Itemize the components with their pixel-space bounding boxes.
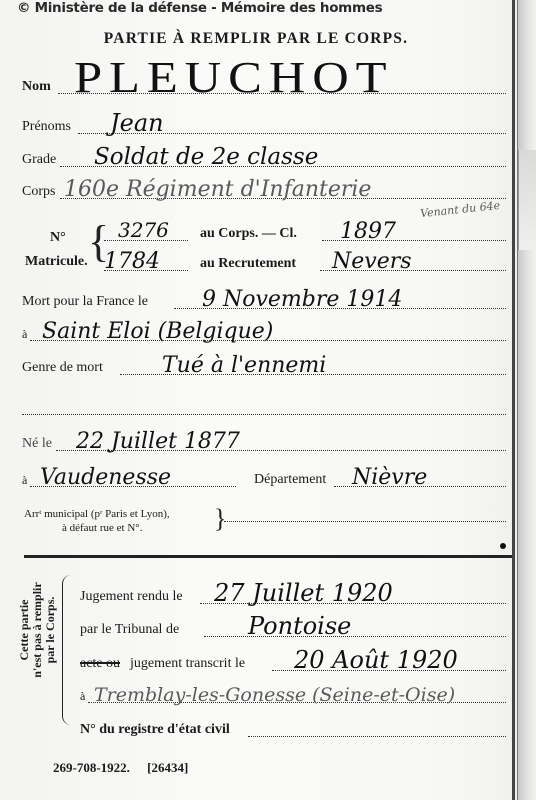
tribunal-value: Pontoise: [248, 612, 351, 640]
blank-dotted-line: [22, 414, 506, 415]
mort-date-label: Mort pour la France le: [22, 294, 148, 310]
blank-line: [22, 396, 506, 418]
mort-date-value: 9 Novembre 1914: [202, 287, 402, 312]
field-registre: N° du registre d'état civil: [80, 718, 506, 740]
tribunal-label: par le Tribunal de: [80, 622, 179, 638]
field-prenoms: Prénoms Jean: [22, 115, 506, 137]
ne-lieu-label: à: [22, 473, 27, 488]
field-nom: Nom PLEUCHOT: [22, 75, 506, 97]
ne-le-value: 22 Juillet 1877: [76, 429, 240, 454]
field-ne-le: Né le 22 Juillet 1877: [22, 432, 506, 454]
field-tribunal: par le Tribunal de Pontoise: [80, 618, 506, 640]
card-border: [512, 0, 515, 800]
side-note: Cette partie n'est pas à remplir par le …: [18, 560, 57, 700]
jugement-rendu-value: 27 Juillet 1920: [214, 579, 393, 607]
jugement-rendu-label: Jugement rendu le: [80, 589, 183, 605]
ne-lieu-value: Vaudenesse: [40, 465, 171, 490]
corps-annotation: Venant du 64e: [420, 199, 501, 220]
corps-value: 160e Régiment d'Infanterie: [64, 177, 371, 202]
transcrit-label: jugement transcrit le: [130, 656, 245, 672]
transcrit-lieu-value: Tremblay-les-Gonesse (Seine-et-Oise): [94, 684, 455, 706]
genre-mort-label: Genre de mort: [22, 360, 103, 376]
transcrit-value: 20 Août 1920: [294, 646, 458, 674]
field-transcrit: acte ou jugement transcrit le 20 Août 19…: [80, 652, 506, 674]
transcrit-struck-label: acte ou: [80, 656, 120, 672]
corps-label: Corps: [22, 184, 55, 200]
arrondissement-brace: }: [214, 506, 226, 532]
section-divider: [24, 555, 512, 558]
recrutement-label: au Recrutement: [200, 256, 296, 272]
copyright-watermark: © Ministère de la défense - Mémoire des …: [17, 0, 382, 16]
print-reference: 269-708-1922.: [53, 760, 130, 775]
transcrit-lieu-label: à: [80, 689, 85, 704]
registre-line: [248, 736, 506, 737]
mort-lieu-value: Saint Eloi (Belgique): [42, 319, 273, 344]
field-grade: Grade Soldat de 2e classe: [22, 148, 506, 170]
mort-lieu-label: à: [22, 327, 27, 342]
grade-label: Grade: [22, 152, 56, 168]
page-edge-shadow: [518, 0, 536, 800]
field-corps: Corps 160e Régiment d'Infanterie Venant …: [22, 180, 506, 202]
record-card: © Ministère de la défense - Mémoire des …: [0, 0, 536, 800]
classe-value: 1897: [340, 219, 396, 244]
field-jugement-rendu: Jugement rendu le 27 Juillet 1920: [80, 585, 506, 607]
corps-cl-label: au Corps. — Cl.: [200, 226, 297, 242]
jugement-brace: [62, 575, 71, 725]
registre-label: N° du registre d'état civil: [80, 722, 230, 738]
field-mort-date: Mort pour la France le 9 Novembre 1914: [22, 290, 506, 312]
ne-le-label: Né le: [22, 436, 52, 452]
card-border-inner: [517, 0, 518, 800]
grade-value: Soldat de 2e classe: [94, 144, 318, 170]
recrutement-place-value: Nevers: [332, 249, 412, 274]
form-title: PARTIE À REMPLIR PAR LE CORPS.: [0, 30, 512, 48]
prenoms-label: Prénoms: [22, 119, 71, 135]
prenoms-value: Jean: [110, 109, 164, 137]
folded-corner: [518, 150, 536, 250]
ink-dot: [500, 543, 506, 549]
corps-number-value: 3276: [118, 218, 169, 242]
genre-mort-value: Tué à l'ennemi: [162, 353, 326, 378]
departement-value: Nièvre: [352, 465, 427, 490]
print-footer: 269-708-1922. [26434]: [53, 760, 202, 776]
matricule-corps-row: 3276 au Corps. — Cl. 1897: [22, 222, 506, 244]
print-code: [26434]: [147, 760, 188, 775]
side-note-line-3: par le Corps.: [44, 560, 57, 700]
nom-label: Nom: [22, 79, 51, 95]
field-ne-lieu: à Vaudenesse Département Nièvre: [22, 468, 506, 490]
arrondissement-line: [224, 521, 506, 522]
matricule-recrutement-row: 1784 au Recrutement Nevers: [22, 252, 506, 274]
recrutement-number-value: 1784: [104, 249, 160, 274]
field-genre-mort: Genre de mort Tué à l'ennemi: [22, 356, 506, 378]
field-transcrit-lieu: à Tremblay-les-Gonesse (Seine-et-Oise): [80, 684, 506, 706]
departement-label: Département: [254, 472, 326, 488]
nom-value: PLEUCHOT: [74, 52, 393, 103]
field-mort-lieu: à Saint Eloi (Belgique): [22, 322, 506, 344]
